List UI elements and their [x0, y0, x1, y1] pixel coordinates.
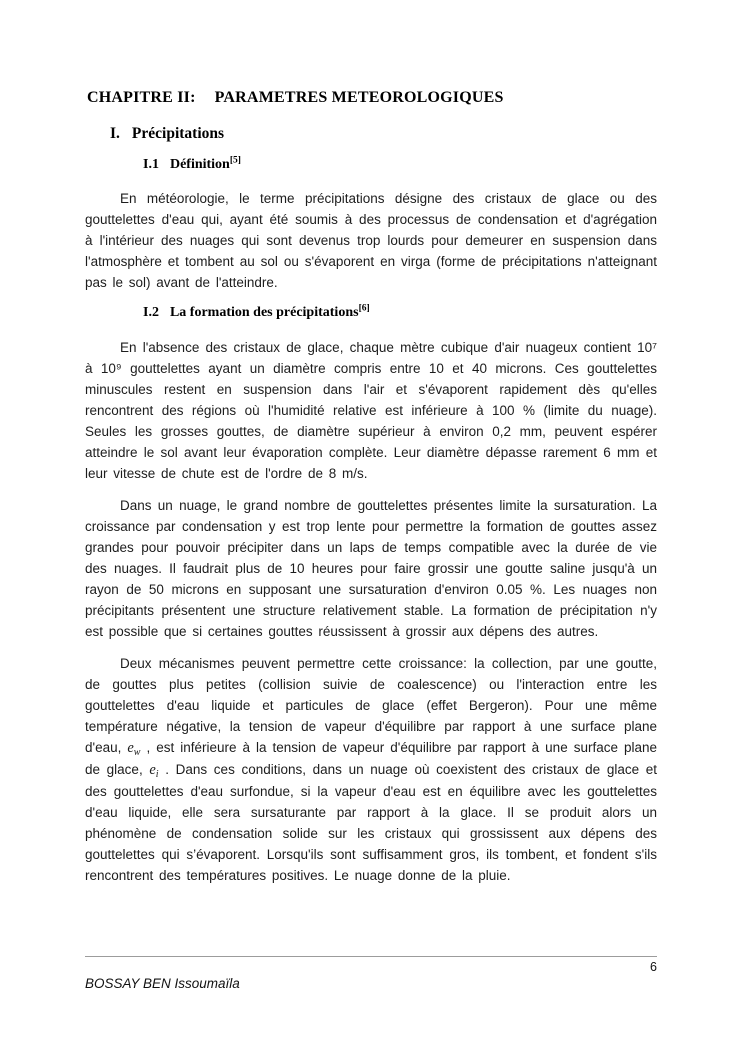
paragraph-definition: En météorologie, le terme précipitations…: [85, 188, 657, 293]
section-title: Précipitations: [132, 125, 224, 142]
section-heading-precipitations: I.Précipitations: [110, 124, 657, 143]
chapter-heading: CHAPITRE II:PARAMETRES METEOROLOGIQUES: [87, 88, 657, 108]
footer-author: BOSSAY BEN Issoumaïla: [85, 976, 657, 992]
subsection-title: Définition: [170, 157, 230, 172]
mechanisms-text-3: . Dans ces conditions, dans un nuage où …: [85, 762, 657, 883]
page-footer: 6 BOSSAY BEN Issoumaïla: [85, 956, 657, 992]
subsection-heading-formation: I.2La formation des précipitations[6]: [143, 304, 657, 322]
footnote-ref-5: [5]: [230, 155, 241, 165]
chapter-title-text: PARAMETRES METEOROLOGIQUES: [215, 89, 504, 106]
subsection-title: La formation des précipitations: [170, 305, 359, 320]
vapor-pressure-water-symbol: ew: [127, 740, 140, 756]
section-numeral: I.: [110, 125, 120, 142]
subsection-number: I.2: [143, 305, 159, 320]
subsection-heading-definition: I.1Définition[5]: [143, 156, 657, 174]
vapor-pressure-ice-symbol: ei: [149, 762, 158, 778]
footnote-ref-6: [6]: [359, 303, 370, 313]
footer-divider: [85, 956, 657, 957]
paragraph-droplet-growth: Dans un nuage, le grand nombre de goutte…: [85, 495, 657, 642]
paragraph-formation-intro: En l'absence des cristaux de glace, chaq…: [85, 337, 657, 484]
page-content: CHAPITRE II:PARAMETRES METEOROLOGIQUES I…: [85, 88, 657, 897]
page-number: 6: [85, 960, 657, 974]
paragraph-growth-mechanisms: Deux mécanismes peuvent permettre cette …: [85, 653, 657, 886]
subsection-number: I.1: [143, 157, 159, 172]
document-page: CHAPITRE II:PARAMETRES METEOROLOGIQUES I…: [0, 0, 745, 1053]
chapter-label: CHAPITRE II:: [87, 89, 196, 106]
